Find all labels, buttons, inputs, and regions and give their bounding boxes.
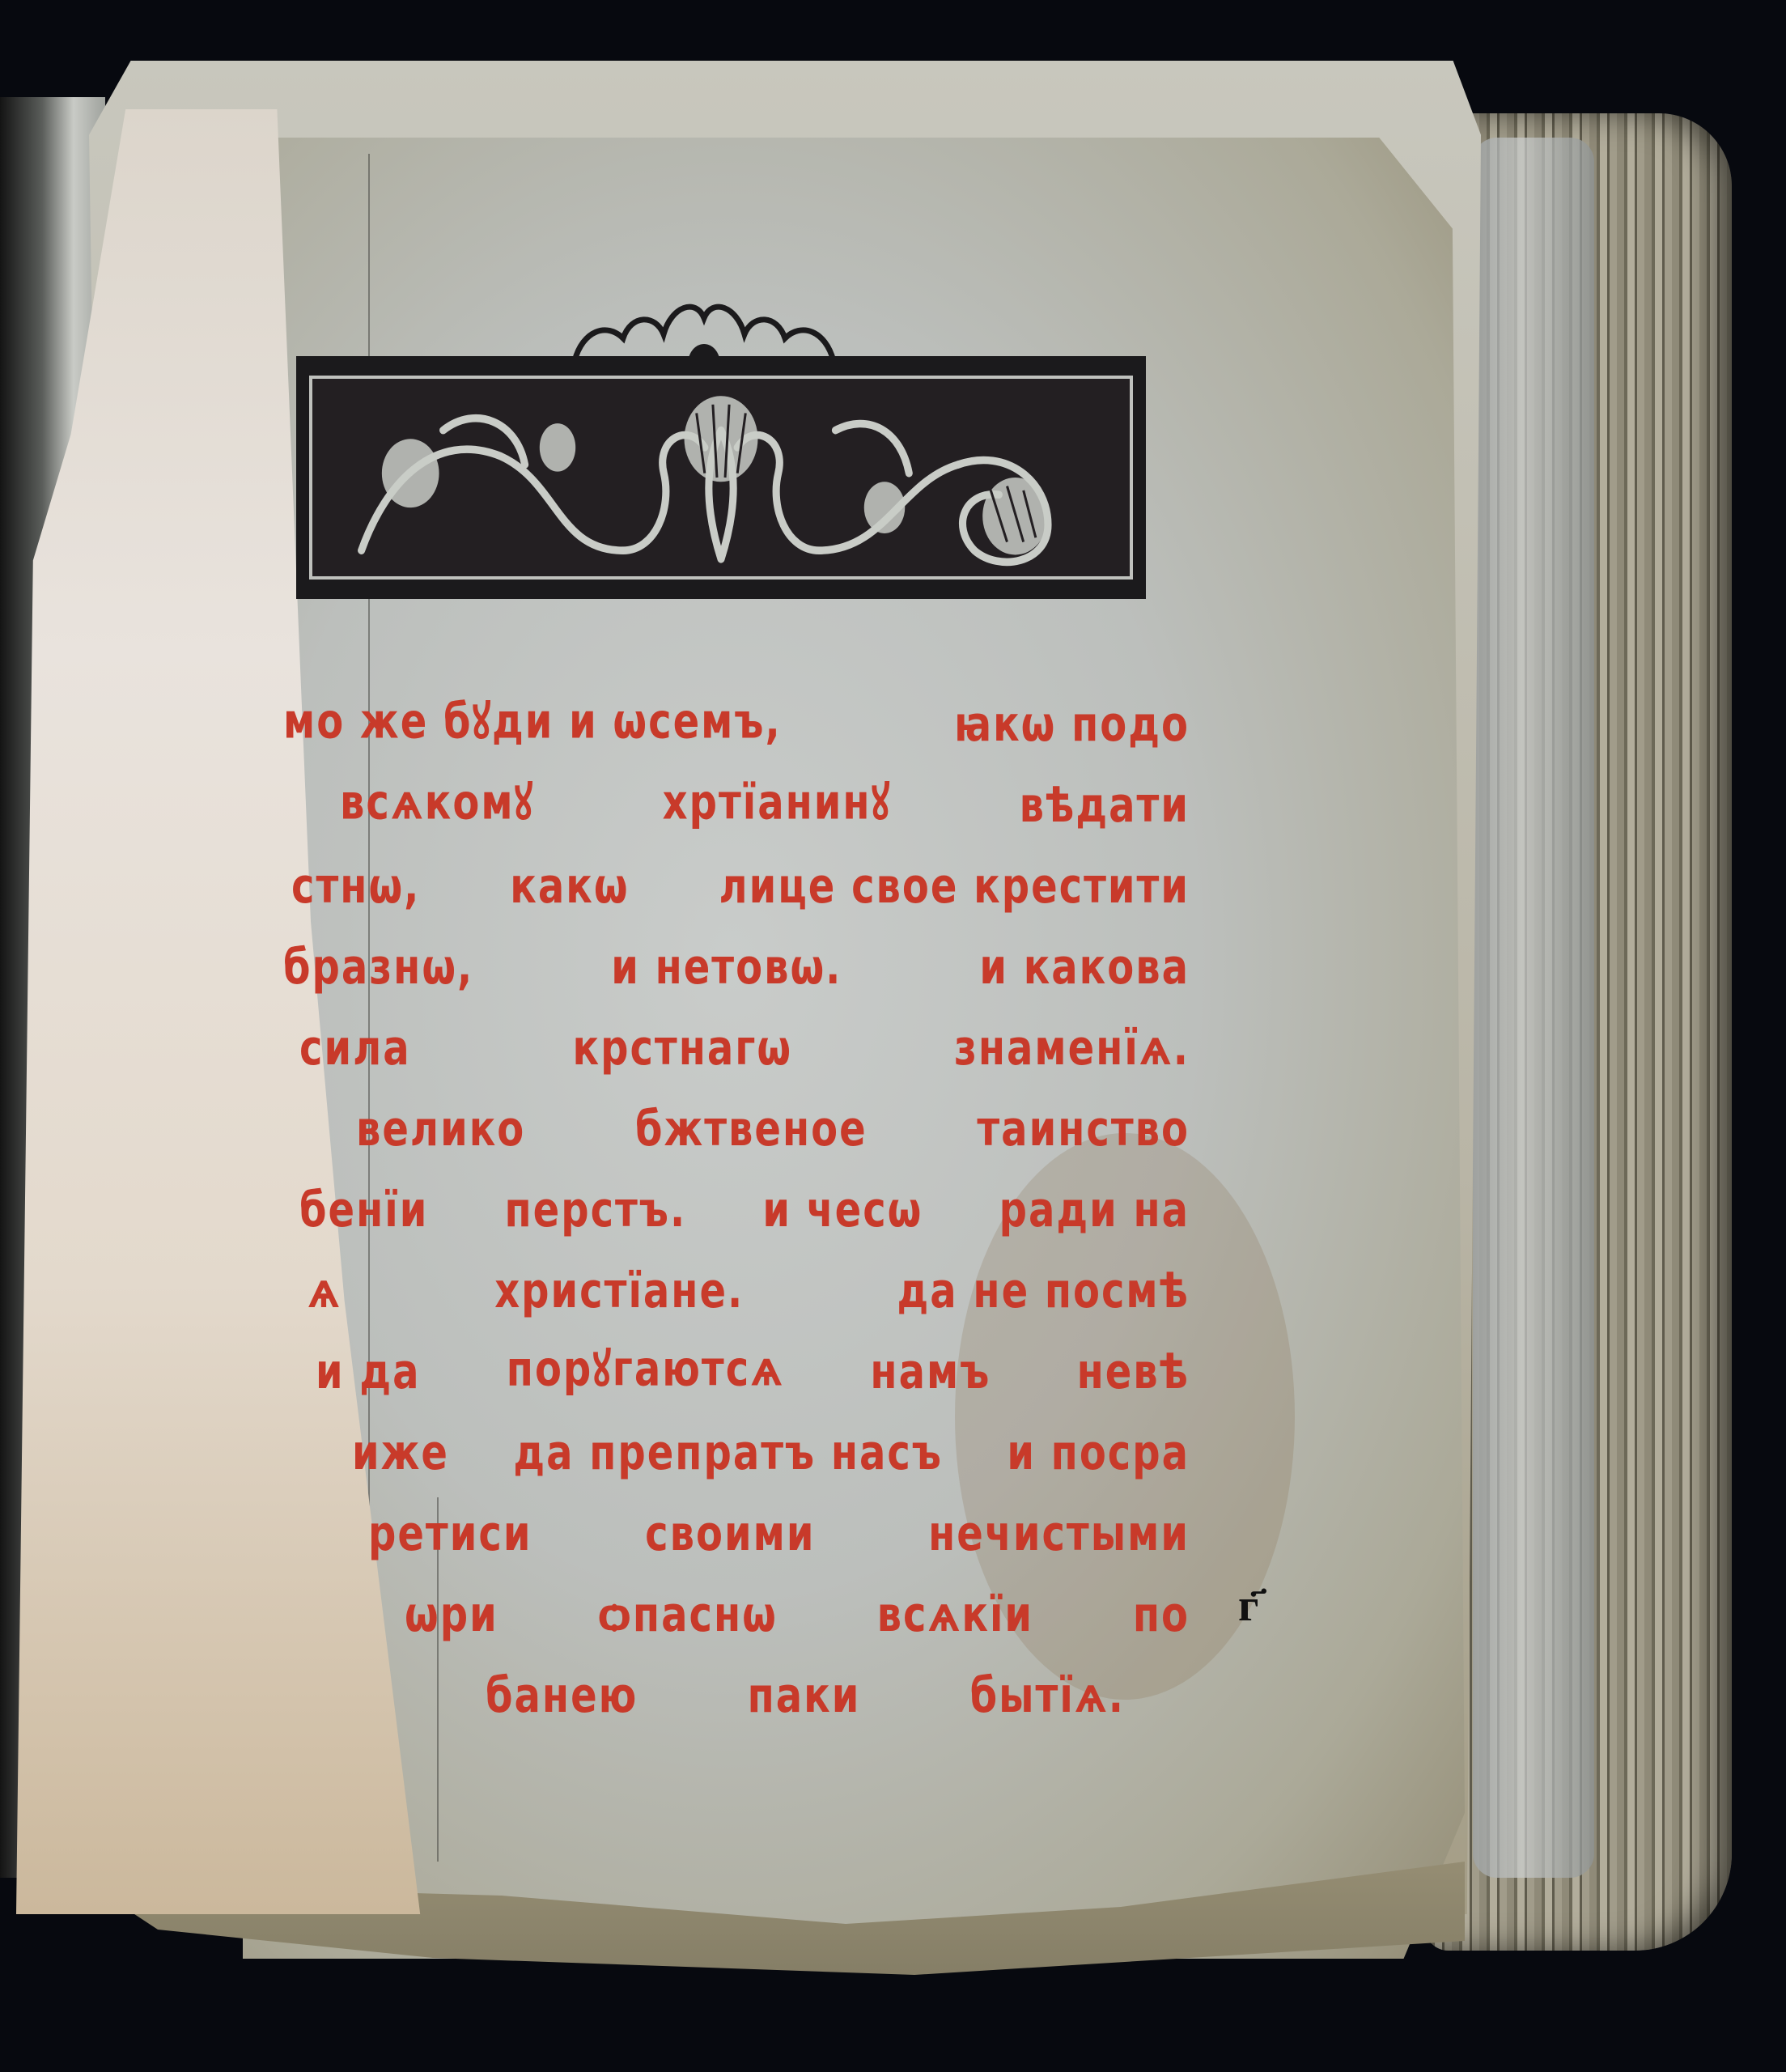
text-fragment: какѡ [510,858,629,915]
text-fragment: стнѡ, [291,858,420,915]
text-fragment: ѧ [308,1263,342,1319]
text-fragment: всѧкїи [877,1586,1033,1643]
text-fragment: бенїи [299,1182,428,1238]
text-fragment: лице свое крестити [719,858,1190,915]
text-fragment: всѧкомꙋ [340,768,534,834]
text-fragment: порꙋгаютсѧ [507,1335,784,1400]
text-line: банею паки бытїѧ. [486,1651,1125,1724]
text-fragment: ѡри [405,1586,498,1643]
text-fragment: паки [748,1667,861,1724]
text-fragment: банею [486,1667,638,1724]
text-line: мо же бꙋди и ѡсемъ, ꙗкѡ подо [283,680,1190,753]
text-fragment: ради на [999,1182,1190,1238]
text-fragment: намъ [870,1344,991,1400]
text-fragment: нечистыми [928,1505,1190,1562]
text-line: иже да препратъ насъ и посра [352,1408,1190,1481]
text-fragment: ѻпаснѡ [598,1586,778,1643]
text-fragment: и нетовѡ. [611,939,842,996]
text-fragment: бразнѡ, [283,939,473,996]
text-fragment: бжтвеное [635,1101,868,1157]
text-fragment: да препратъ насъ [513,1424,943,1481]
text-fragment: мо же бꙋди и ѡсемъ, [283,687,782,753]
text-line: сила крстнагѡ знаменїѧ. [299,1004,1190,1076]
text-line: ѡри ѻпаснѡ всѧкїи по [405,1570,1190,1643]
text-fragment: невѣ [1077,1344,1190,1400]
ornament-scroll-icon [312,379,1130,576]
text-fragment: ретиси [368,1505,532,1562]
text-fragment: перстъ. [505,1182,687,1238]
text-line: всѧкомꙋ хртїанинꙋ вѣдати [340,761,1190,834]
text-fragment: ꙗкѡ подо [954,696,1190,753]
text-line: ретиси своими нечистыми [368,1489,1190,1562]
text-fragment: хртїанинꙋ [663,768,891,834]
text-line: бразнѡ, и нетовѡ. и какова [283,923,1190,996]
text-fragment: иже [352,1424,449,1481]
text-line: стнѡ, какѡ лице свое крестити [291,842,1190,915]
text-fragment: своими [645,1505,815,1562]
text-fragment: сила [299,1020,411,1076]
text-fragment: и какова [979,939,1190,996]
text-fragment: и да [316,1344,421,1400]
text-fragment: и посра [1007,1424,1190,1481]
text-fragment: бытїѧ. [970,1667,1125,1724]
text-fragment: вѣдати [1020,777,1190,834]
text-line: бенїи перстъ. и чесѡ ради на [299,1165,1190,1238]
text-line: и да порꙋгаютсѧ намъ невѣ [316,1327,1190,1400]
woodcut-headpiece [296,356,1146,599]
text-fragment: таинство [977,1101,1190,1157]
text-fragment: да не посмѣ [897,1263,1190,1319]
text-fragment: знаменїѧ. [954,1020,1190,1076]
signature-mark: г҃ [1238,1578,1258,1632]
headpiece-crest [566,298,842,363]
text-fragment: христїане. [494,1263,744,1319]
text-fragment: крстнагѡ [573,1020,793,1076]
text-fragment: велико [356,1101,525,1157]
text-fragment: по [1133,1586,1190,1643]
text-fragment: и чесѡ [762,1182,923,1238]
text-line: ѧ христїане. да не посмѣ [308,1246,1190,1319]
text-line: велико бжтвеное таинство [356,1085,1190,1157]
page-fore-edge-highlight [1473,138,1594,1878]
